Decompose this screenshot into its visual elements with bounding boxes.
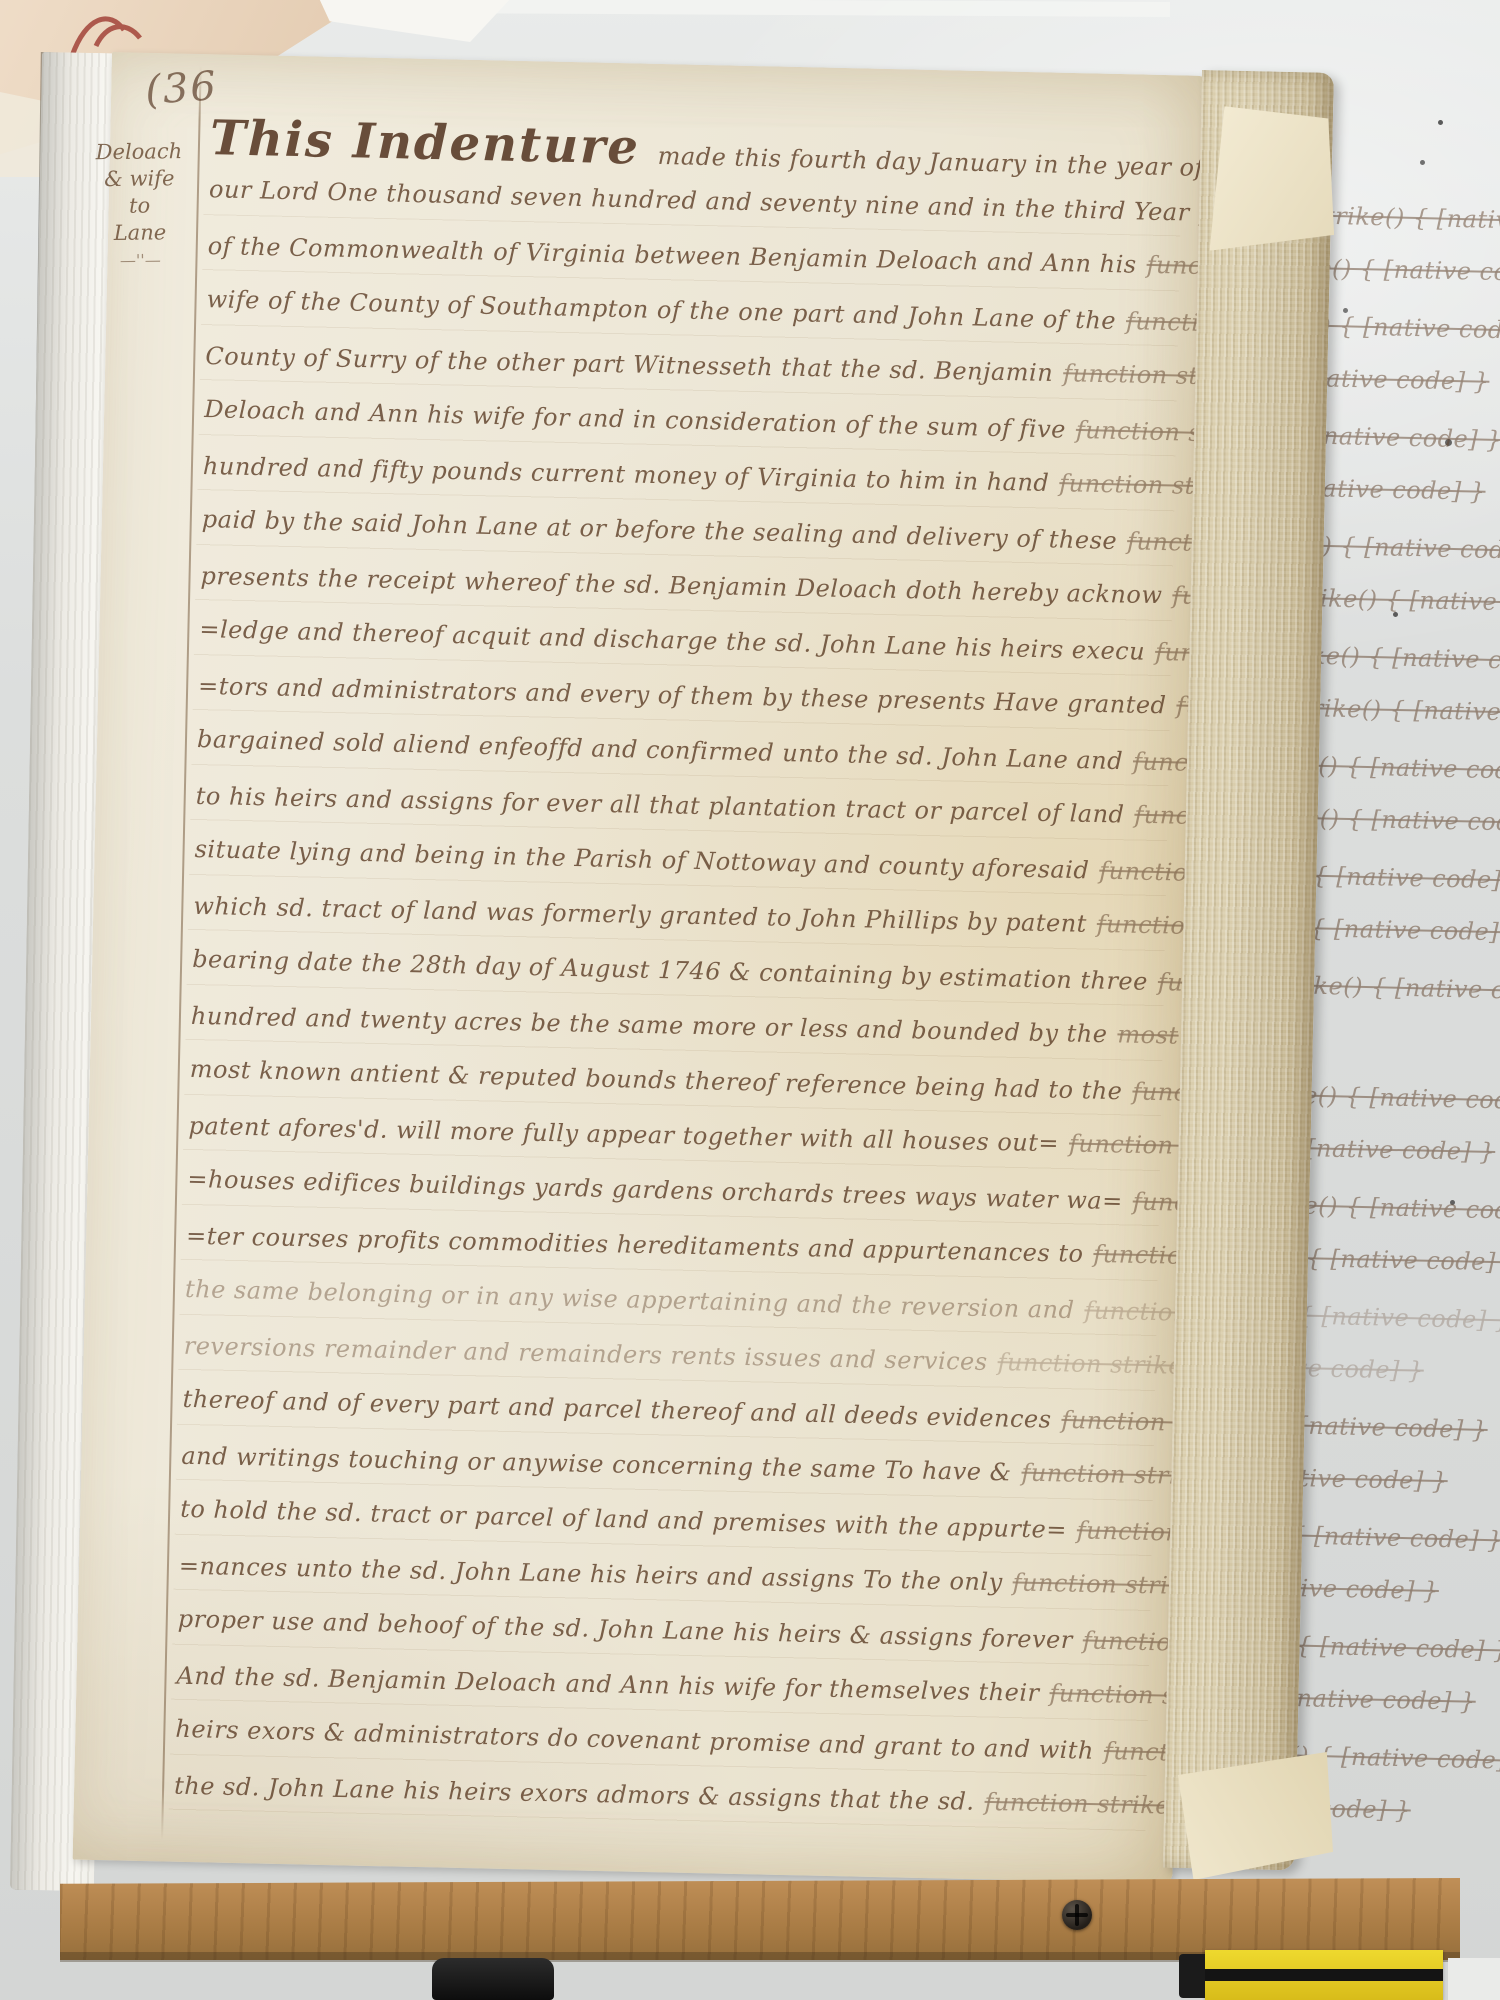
table-corner-highlight	[1448, 1958, 1500, 2000]
manuscript-body: our Lord One thousand seven hundred and …	[173, 176, 1204, 1847]
manuscript-line: patent afores'd. will more fully appear …	[188, 1112, 1184, 1187]
manuscript-line: heirs exors & administrators do covenant…	[174, 1715, 1170, 1794]
manuscript-line: County of Surry of the other part Witnes…	[205, 342, 1201, 417]
margin-note-line: —''—	[85, 246, 195, 274]
struck-out-word: most	[1117, 1020, 1179, 1049]
manuscript-line: to hold the sd. tract or parcel of land …	[179, 1495, 1175, 1574]
manuscript-line: to his heirs and assigns for ever all th…	[195, 782, 1191, 857]
manuscript-page: (36 Deloach& wifetoLane—''— This Indentu…	[73, 52, 1212, 1884]
manuscript-line: of the Commonwealth of Virginia between …	[207, 232, 1203, 307]
page-number-value: 36	[161, 63, 219, 112]
manuscript-line: =ledge and thereof acquit and discharge …	[198, 615, 1194, 694]
manuscript-line: And the sd. Benjamin Deloach and Ann his…	[176, 1662, 1172, 1737]
manuscript-line: presents the receipt whereof the sd. Ben…	[200, 562, 1196, 637]
dust-specks	[1438, 120, 1443, 125]
margin-note-line: Lane	[85, 219, 195, 247]
manuscript-line: which sd. tract of land was formerly gra…	[193, 892, 1189, 967]
manuscript-line: hundred and twenty acres be the same mor…	[190, 1002, 1186, 1077]
manuscript-line: the same belonging or in any wise appert…	[184, 1275, 1180, 1354]
manuscript-line: hundred and fifty pounds current money o…	[202, 452, 1198, 527]
manuscript-line: reversions remainder and remainders rent…	[183, 1332, 1179, 1407]
manuscript-line: the sd. John Lane his heirs exors admors…	[173, 1772, 1169, 1847]
black-clamp	[432, 1958, 554, 2000]
manuscript-line: and writings touching or anywise concern…	[181, 1442, 1177, 1517]
manuscript-line: =tors and administrators and every of th…	[197, 672, 1193, 747]
manuscript-line: paid by the said John Lane at or before …	[201, 505, 1197, 584]
manuscript-line: bearing date the 28th day of August 1746…	[191, 945, 1187, 1024]
margin-note-line: Deloach	[84, 138, 194, 166]
manuscript-line: thereof and of every part and parcel the…	[182, 1385, 1178, 1464]
margin-note-line: & wife	[84, 165, 194, 193]
manuscript-line: situate lying and being in the Parish of…	[194, 835, 1190, 914]
manuscript-line: =houses edifices buildings yards gardens…	[186, 1165, 1182, 1244]
photo-of-deed-book: (36 Deloach& wifetoLane—''— This Indentu…	[0, 0, 1500, 2000]
page-number: (36	[144, 63, 219, 114]
manuscript-line: bargained sold aliend enfeoffd and confi…	[196, 725, 1192, 804]
page-corner-fold-top	[1210, 106, 1339, 255]
manuscript-line: proper use and behoof of the sd. John La…	[177, 1605, 1173, 1684]
margin-note-line: to	[84, 192, 194, 220]
indenture-heading: This Indenture	[210, 110, 641, 175]
manuscript-line: most known antient & reputed bounds ther…	[189, 1055, 1185, 1134]
manuscript-line: =ter courses profits commodities heredit…	[185, 1222, 1181, 1297]
yellow-tape-measure	[1205, 1950, 1443, 2000]
manuscript-line: Deloach and Ann his wife for and in cons…	[203, 395, 1199, 474]
manuscript-line: =nances unto the sd. John Lane his heirs…	[178, 1552, 1174, 1627]
screw-head	[1062, 1900, 1092, 1930]
wooden-board	[60, 1878, 1460, 1960]
margin-rule-line	[161, 66, 202, 1840]
manuscript-line: wife of the County of Southampton of the…	[206, 285, 1202, 364]
deed-text: This Indenturemade this fourth day Janua…	[173, 110, 1205, 1847]
heading-continuation: made this fourth day January in the year…	[657, 142, 1204, 182]
margin-note: Deloach& wifetoLane—''—	[84, 138, 196, 274]
